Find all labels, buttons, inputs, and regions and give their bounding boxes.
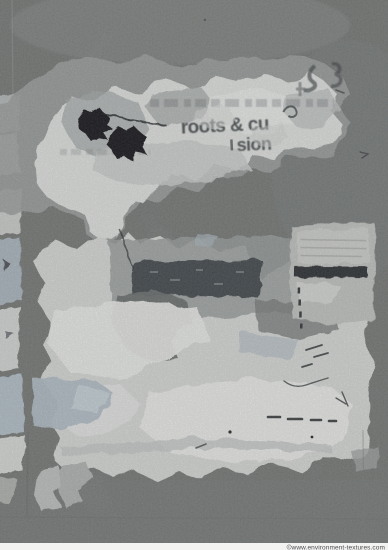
texture-canvas: roots & cu sion (0, 0, 388, 550)
grain-overlay-light (0, 0, 388, 543)
watermark-text: ©www.environment-textures.com (287, 543, 385, 550)
wall-texture-photo: roots & cu sion (0, 0, 388, 550)
watermark-strip: ©www.environment-textures.com (0, 543, 388, 550)
